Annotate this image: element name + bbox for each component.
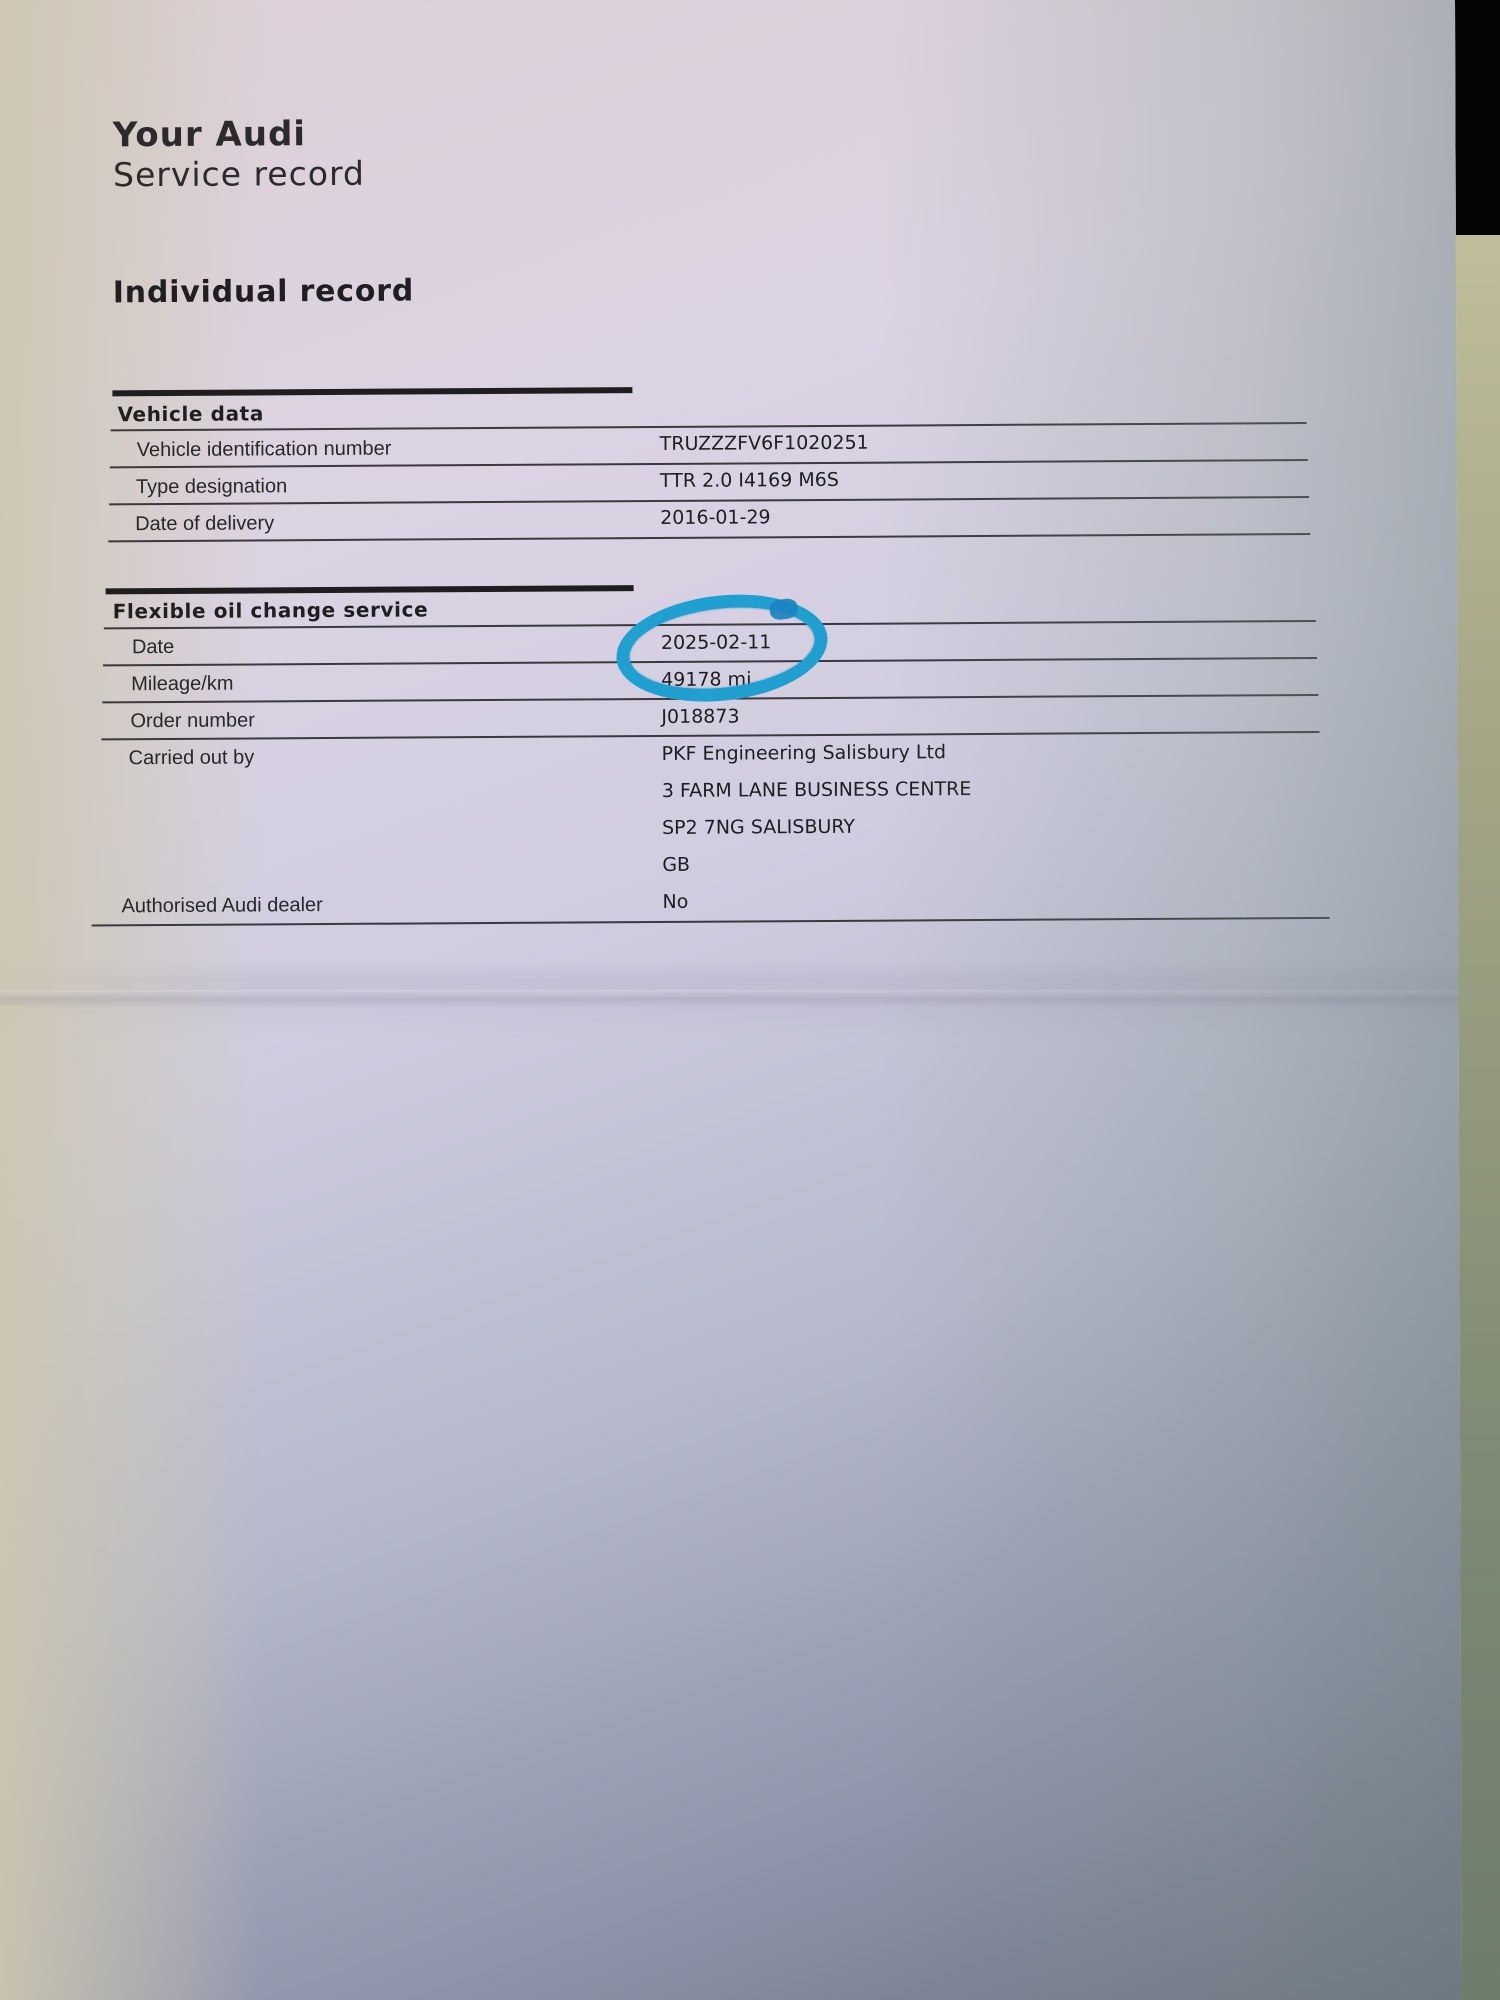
order-number-value: J018873 xyxy=(661,705,739,727)
row-divider xyxy=(92,917,1330,927)
service-record-sheet: Your Audi Service record Individual reco… xyxy=(0,0,1462,2000)
vehicle-data-heading: Vehicle data xyxy=(117,401,264,426)
brand-header: Your Audi Service record xyxy=(113,114,365,196)
row-divider xyxy=(111,422,1307,431)
brand-title: Your Audi xyxy=(113,114,365,156)
service-date-label: Date xyxy=(132,636,174,659)
type-designation-label: Type designation xyxy=(136,475,287,499)
record-content: Your Audi Service record Individual reco… xyxy=(0,0,1468,1000)
vin-label: Vehicle identification number xyxy=(137,438,392,463)
row-divider xyxy=(108,533,1310,542)
authorised-dealer-value: No xyxy=(662,891,688,913)
type-designation-value: TTR 2.0 I4169 M6S xyxy=(660,469,839,492)
background-surface xyxy=(1455,235,1500,2000)
mileage-label: Mileage/km xyxy=(131,673,233,697)
brand-subtitle: Service record xyxy=(113,154,365,196)
delivery-date-label: Date of delivery xyxy=(135,512,274,536)
delivery-date-value: 2016-01-29 xyxy=(660,506,771,529)
carried-out-by-label: Carried out by xyxy=(129,746,255,770)
page-title: Individual record xyxy=(113,273,415,310)
section-divider-thick xyxy=(112,387,632,396)
workshop-address-line: 3 FARM LANE BUSINESS CENTRE xyxy=(662,778,972,802)
workshop-country: GB xyxy=(662,854,690,876)
authorised-dealer-label: Authorised Audi dealer xyxy=(121,894,322,918)
workshop-name: PKF Engineering Salisbury Ltd xyxy=(662,741,947,765)
row-divider xyxy=(109,496,1309,505)
background-dark xyxy=(1455,0,1500,235)
section-divider-thick xyxy=(106,585,634,594)
pen-circle-annotation xyxy=(611,584,833,712)
workshop-postcode-city: SP2 7NG SALISBURY xyxy=(662,816,855,839)
vin-value: TRUZZZFV6F1020251 xyxy=(660,432,869,455)
row-divider xyxy=(102,731,1320,740)
order-number-label: Order number xyxy=(130,709,255,733)
oil-service-heading: Flexible oil change service xyxy=(113,597,429,623)
